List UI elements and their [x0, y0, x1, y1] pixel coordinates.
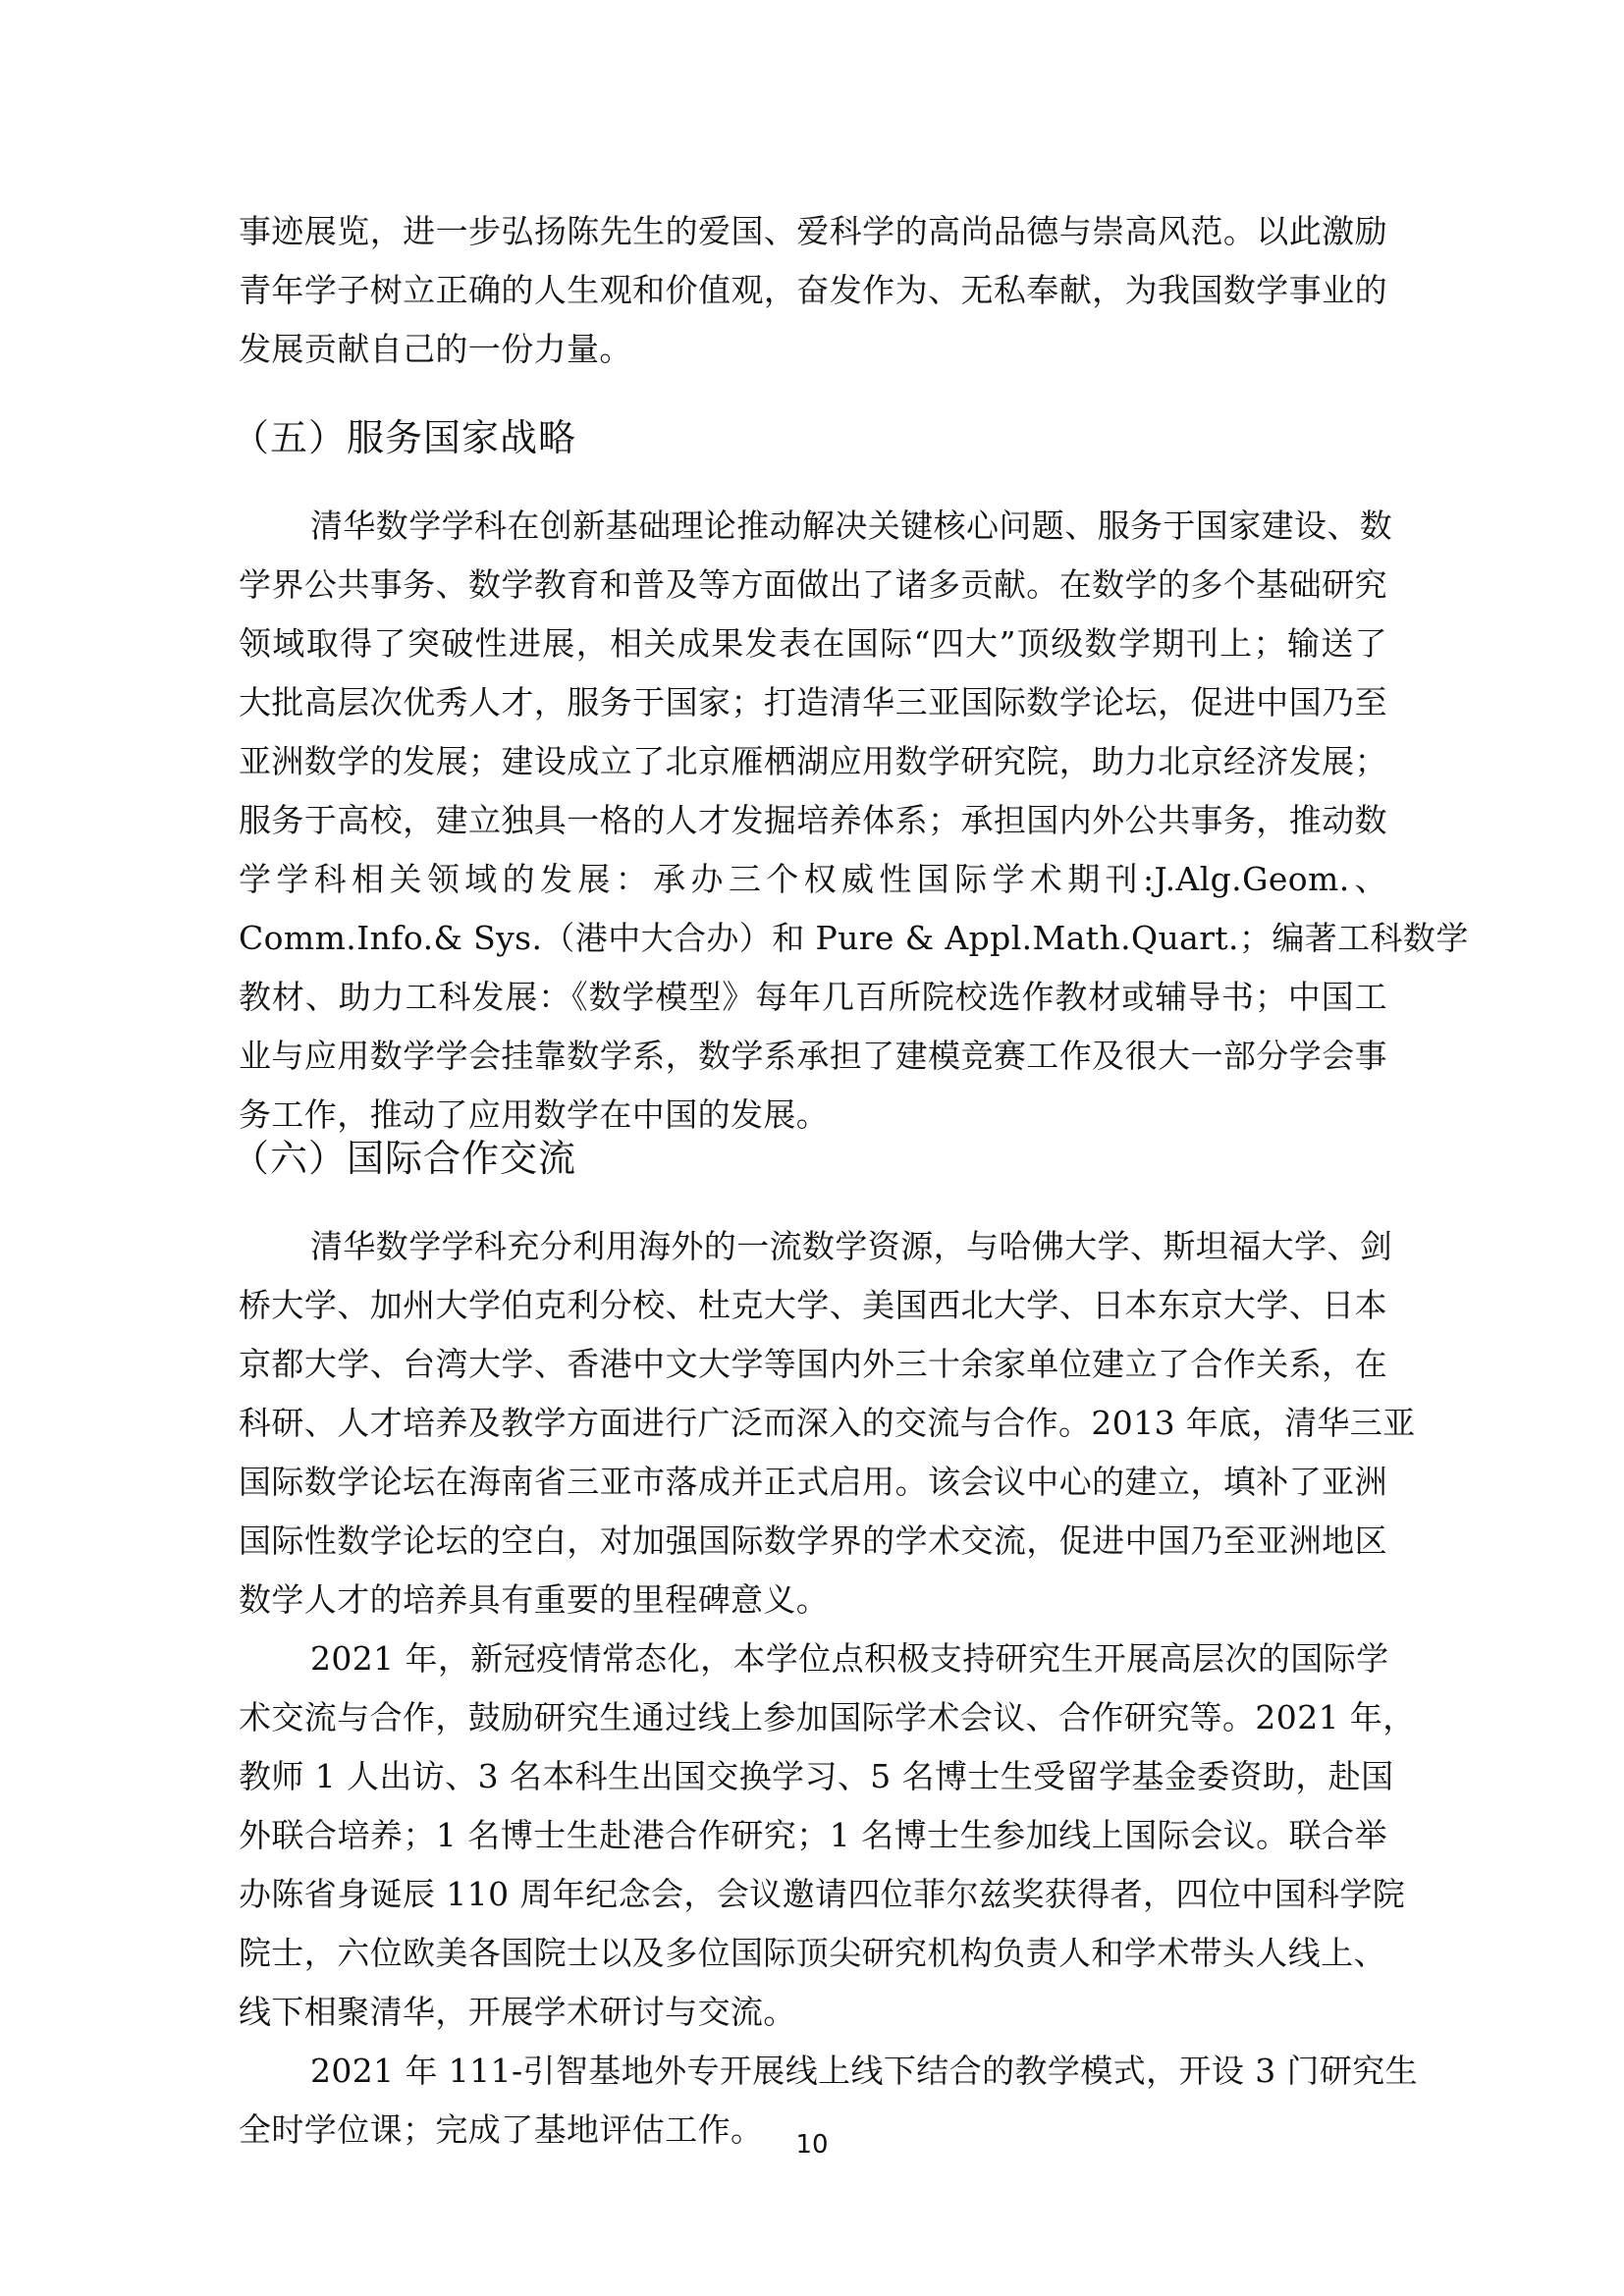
document-page: 事迹展览，进一步弘扬陈先生的爱国、爱科学的高尚品德与崇高风范。以此激励 青年学子… — [0, 0, 1624, 2296]
paragraph-line: 事迹展览，进一步弘扬陈先生的爱国、爱科学的高尚品德与崇高风范。以此激励 — [239, 202, 1387, 261]
paragraph-line: 学学科相关领域的发展：承办三个权威性国际学术期刊:J.Alg.Geom.、 — [239, 850, 1387, 909]
paragraph-line: 外联合培养；1 名博士生赴港合作研究；1 名博士生参加线上国际会议。联合举 — [239, 1806, 1387, 1865]
paragraph-line: 科研、人才培养及教学方面进行广泛而深入的交流与合作。2013 年底，清华三亚 — [239, 1394, 1387, 1453]
page-number: 10 — [0, 2130, 1624, 2160]
paragraph-line: 业与应用数学学会挂靠数学系，数学系承担了建模竞赛工作及很大一部分学会事 — [239, 1027, 1387, 1086]
paragraph-line: 院士，六位欧美各国院士以及多位国际顶尖研究机构负责人和学术带头人线上、 — [239, 1924, 1387, 1983]
paragraph-line: 发展贡献自己的一份力量。 — [239, 320, 1387, 379]
paragraph-line: 线下相聚清华，开展学术研讨与交流。 — [239, 1983, 1387, 2042]
paragraph-line: 2021 年 111-引智基地外专开展线上线下结合的教学模式，开设 3 门研究生 — [239, 2042, 1387, 2101]
paragraph-line: 术交流与合作，鼓励研究生通过线上参加国际学术会议、合作研究等。2021 年， — [239, 1688, 1387, 1747]
paragraph-line: 国际性数学论坛的空白，对加强国际数学界的学术交流，促进中国乃至亚洲地区 — [239, 1512, 1387, 1571]
paragraph-line: 大批高层次优秀人才，服务于国家；打造清华三亚国际数学论坛，促进中国乃至 — [239, 673, 1387, 732]
paragraph-line: 桥大学、加州大学伯克利分校、杜克大学、美国西北大学、日本东京大学、日本 — [239, 1276, 1387, 1335]
section-heading-6: （六）国际合作交流 — [232, 1129, 576, 1188]
paragraph-line: 办陈省身诞辰 110 周年纪念会，会议邀请四位菲尔兹奖获得者，四位中国科学院 — [239, 1865, 1387, 1924]
paragraph-line: 青年学子树立正确的人生观和价值观，奋发作为、无私奉献，为我国数学事业的 — [239, 261, 1387, 320]
paragraph-line: 清华数学学科在创新基础理论推动解决关键核心问题、服务于国家建设、数 — [239, 497, 1387, 556]
section-heading-5: （五）服务国家战略 — [232, 408, 576, 467]
paragraph-line: 京都大学、台湾大学、香港中文大学等国内外三十余家单位建立了合作关系，在 — [239, 1335, 1387, 1394]
paragraph-line: 学界公共事务、数学教育和普及等方面做出了诸多贡献。在数学的多个基础研究 — [239, 556, 1387, 614]
paragraph-line: 领域取得了突破性进展，相关成果发表在国际“四大”顶级数学期刊上；输送了 — [239, 614, 1387, 673]
paragraph-line: 国际数学论坛在海南省三亚市落成并正式启用。该会议中心的建立，填补了亚洲 — [239, 1453, 1387, 1512]
paragraph-line: 2021 年，新冠疫情常态化，本学位点积极支持研究生开展高层次的国际学 — [239, 1629, 1387, 1688]
paragraph-line: 清华数学学科充分利用海外的一流数学资源，与哈佛大学、斯坦福大学、剑 — [239, 1217, 1387, 1276]
paragraph-line: 教材、助力工科发展：《数学模型》每年几百所院校选作教材或辅导书；中国工 — [239, 968, 1387, 1027]
paragraph-line: 数学人才的培养具有重要的里程碑意义。 — [239, 1571, 1387, 1629]
paragraph-line: 教师 1 人出访、3 名本科生出国交换学习、5 名博士生受留学基金委资助，赴国 — [239, 1747, 1387, 1806]
paragraph-line: Comm.Info.& Sys.（港中大合办）和 Pure & Appl.Mat… — [239, 909, 1387, 968]
paragraph-line: 服务于高校，建立独具一格的人才发掘培养体系；承担国内外公共事务，推动数 — [239, 791, 1387, 850]
paragraph-line: 亚洲数学的发展；建设成立了北京雁栖湖应用数学研究院，助力北京经济发展； — [239, 732, 1387, 791]
